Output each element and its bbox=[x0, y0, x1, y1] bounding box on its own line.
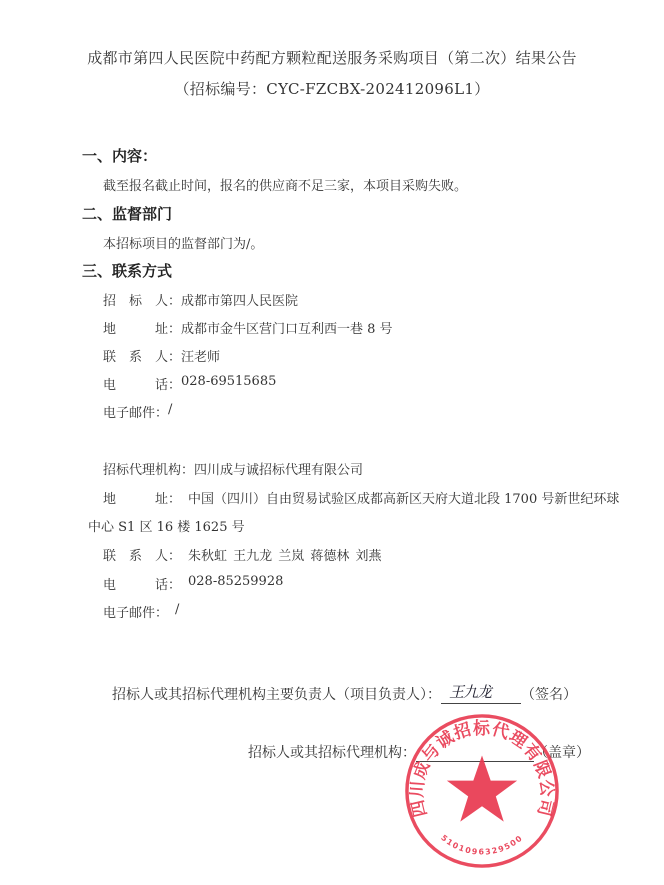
tenderer-email-label: 电子邮件 bbox=[103, 402, 155, 421]
section-heading-contact: 三、联系方式 bbox=[82, 260, 172, 281]
document-page: 成都市第四人民医院中药配方颗粒配送服务采购项目（第二次）结果公告 （招标编号：C… bbox=[0, 0, 664, 885]
agency-phone-label: 电话 bbox=[103, 574, 168, 593]
tenderer-name-label: 招标人 bbox=[103, 290, 168, 309]
tenderer-email-row: 电子邮件： / bbox=[103, 402, 172, 421]
agency-address-label: 地址 bbox=[103, 488, 168, 507]
agency-contact-row: 联系人： 朱秋虹 王九龙 兰岚 蒋德林 刘燕 bbox=[103, 545, 382, 564]
principal-label: 招标人或其招标代理机构主要负责人（项目负责人）： bbox=[112, 687, 441, 703]
agency-contact-value: 朱秋虹 王九龙 兰岚 蒋德林 刘燕 bbox=[188, 545, 382, 564]
tenderer-phone-row: 电话： 028-69515685 bbox=[103, 374, 276, 393]
svg-text:5101096329500: 5101096329500 bbox=[439, 833, 525, 857]
tenderer-phone-label: 电话 bbox=[103, 374, 168, 393]
signature-field: 王九龙 bbox=[441, 685, 521, 704]
section-heading-supervision: 二、监督部门 bbox=[82, 203, 172, 224]
agency-phone-value: 028-85259928 bbox=[188, 574, 283, 593]
tenderer-contact-value: 汪老师 bbox=[181, 346, 220, 365]
handwritten-signature: 王九龙 bbox=[449, 681, 491, 702]
principal-suffix: （签名） bbox=[521, 687, 577, 703]
tenderer-email-value: / bbox=[168, 402, 172, 421]
document-title: 成都市第四人民医院中药配方颗粒配送服务采购项目（第二次）结果公告 bbox=[0, 47, 664, 68]
tenderer-address-value: 成都市金牛区营门口互利西一巷 8 号 bbox=[181, 318, 393, 337]
tenderer-address-label: 地址 bbox=[103, 318, 168, 337]
tenderer-address-row: 地址： 成都市金牛区营门口互利西一巷 8 号 bbox=[103, 318, 393, 337]
agency-address-row: 地址： 中国（四川）自由贸易试验区成都高新区天府大道北段 1700 号新世纪环球 bbox=[103, 488, 619, 507]
agency-address-value-line1: 中国（四川）自由贸易试验区成都高新区天府大道北段 1700 号新世纪环球 bbox=[188, 488, 619, 507]
company-seal-stamp: 四川成与诚招标代理有限公司 5101096329500 bbox=[403, 712, 561, 870]
principal-signature-line: 招标人或其招标代理机构主要负责人（项目负责人）：王九龙（签名） bbox=[112, 684, 577, 704]
agency-email-row: 电子邮件： / bbox=[103, 602, 179, 621]
agency-email-label: 电子邮件 bbox=[103, 602, 155, 621]
tenderer-phone-value: 028-69515685 bbox=[181, 374, 276, 393]
tenderer-name-row: 招标人： 成都市第四人民医院 bbox=[103, 290, 298, 309]
agency-phone-row: 电话： 028-85259928 bbox=[103, 574, 283, 593]
agency-name-value: 四川成与诚招标代理有限公司 bbox=[194, 459, 363, 478]
agency-address-value-line2: 中心 S1 区 16 楼 1625 号 bbox=[88, 516, 245, 535]
section-heading-content: 一、内容： bbox=[82, 145, 157, 166]
agency-name-label: 招标代理机构 bbox=[103, 459, 181, 478]
tender-number: （招标编号：CYC-FZCBX-202412096L1） bbox=[0, 78, 664, 99]
tenderer-contact-label: 联系人 bbox=[103, 346, 168, 365]
agency-name-row: 招标代理机构： 四川成与诚招标代理有限公司 bbox=[103, 459, 363, 478]
org-label: 招标人或其招标代理机构： bbox=[248, 745, 416, 761]
section-supervision-body: 本招标项目的监督部门为/。 bbox=[103, 233, 263, 252]
stamp-code: 5101096329500 bbox=[439, 833, 525, 857]
agency-contact-label: 联系人 bbox=[103, 545, 168, 564]
tenderer-name-value: 成都市第四人民医院 bbox=[181, 290, 298, 309]
section-content-body: 截至报名截止时间，报名的供应商不足三家，本项目采购失败。 bbox=[103, 175, 467, 194]
star-icon bbox=[447, 755, 517, 821]
tenderer-contact-row: 联系人： 汪老师 bbox=[103, 346, 220, 365]
agency-email-value: / bbox=[175, 602, 179, 621]
